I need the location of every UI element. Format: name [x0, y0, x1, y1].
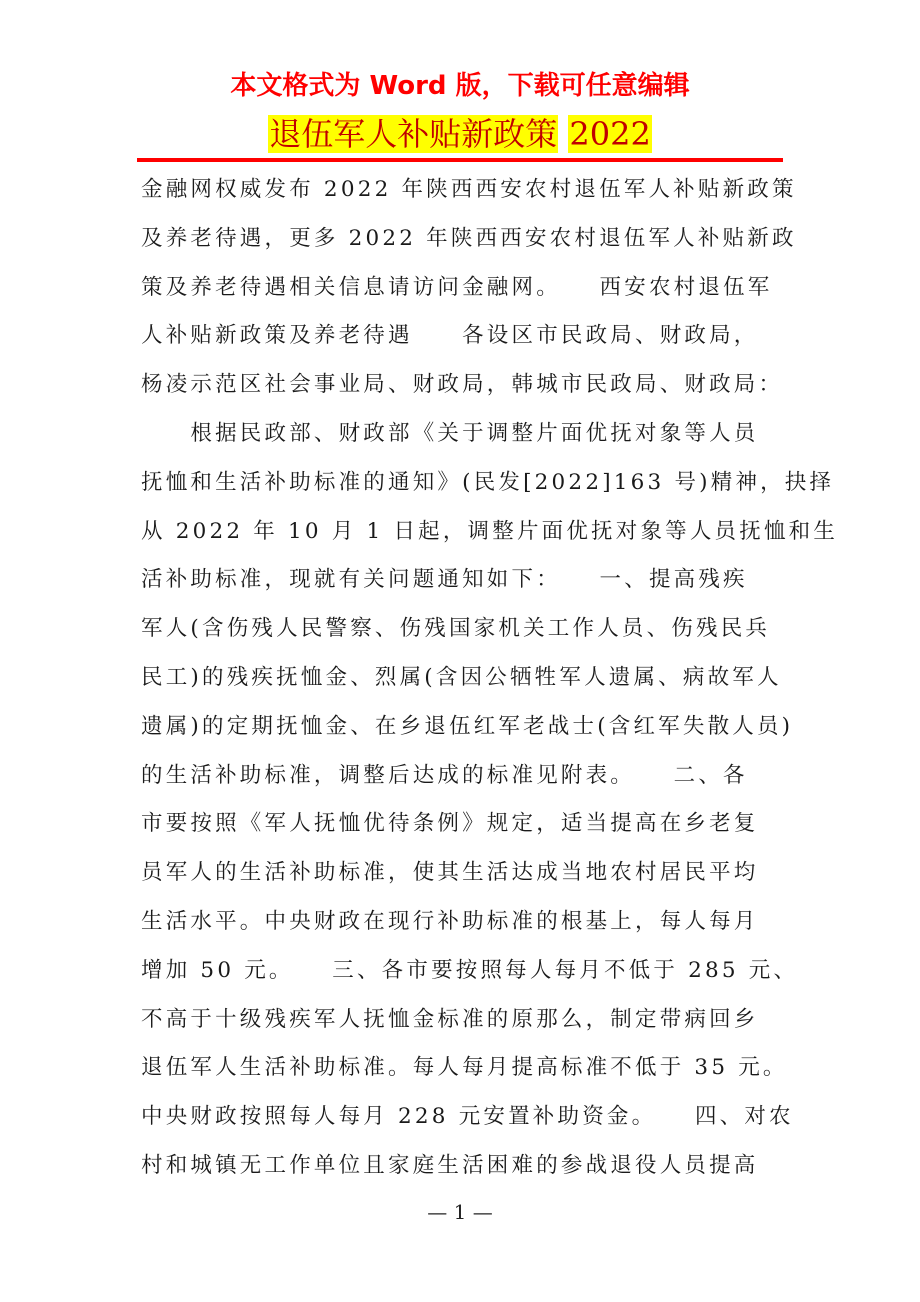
body-line: 活补助标准，现就有关问题通知如下： 一、提高残疾: [141, 556, 787, 605]
body-line: 增加 50 元。 三、各市要按照每人每月不低于 285 元、: [141, 947, 787, 996]
body-line: 不高于十级残疾军人抚恤金标准的原那么，制定带病回乡: [141, 996, 787, 1045]
body-line: 遗属)的定期抚恤金、在乡退伍红军老战士(含红军失散人员): [141, 703, 787, 752]
body-line: 杨凌示范区社会事业局、财政局，韩城市民政局、财政局：: [141, 361, 787, 410]
body-line: 民工)的残疾抚恤金、烈属(含因公牺牲军人遗属、病故军人: [141, 654, 787, 703]
document-page: 本文格式为 Word 版，下载可任意编辑 退伍军人补贴新政策 2022 金融网权…: [0, 0, 920, 1302]
body-line: 人补贴新政策及养老待遇 各设区市民政局、财政局，: [141, 312, 787, 361]
body-line: 生活水平。中央财政在现行补助标准的根基上，每人每月: [141, 898, 787, 947]
body-line: 抚恤和生活补助标准的通知》(民发[2022]163 号)精神，抉择: [141, 459, 787, 508]
title-divider-rule: [137, 158, 783, 162]
body-line: 及养老待遇，更多 2022 年陕西西安农村退伍军人补贴新政: [141, 215, 787, 264]
title-main: 退伍军人补贴新政策: [268, 115, 558, 153]
body-line: 中央财政按照每人每月 228 元安置补助资金。 四、对农: [141, 1093, 787, 1142]
body-line: 市要按照《军人抚恤优待条例》规定，适当提高在乡老复: [141, 800, 787, 849]
word-format-notice: 本文格式为 Word 版，下载可任意编辑: [0, 66, 920, 106]
document-body: 金融网权威发布 2022 年陕西西安农村退伍军人补贴新政策 及养老待遇，更多 2…: [141, 166, 787, 1191]
title-text-block: 退伍军人补贴新政策 2022: [268, 112, 652, 156]
body-line: 员军人的生活补助标准，使其生活达成当地农村居民平均: [141, 849, 787, 898]
page-number: — 1 —: [0, 1198, 920, 1226]
body-line: 退伍军人生活补助标准。每人每月提高标准不低于 35 元。: [141, 1044, 787, 1093]
title-year: 2022: [568, 115, 651, 153]
document-title: 退伍军人补贴新政策 2022: [0, 112, 920, 156]
body-line: 策及养老待遇相关信息请访问金融网。 西安农村退伍军: [141, 264, 787, 313]
body-line: 军人(含伤残人民警察、伤残国家机关工作人员、伤残民兵: [141, 605, 787, 654]
body-line: 根据民政部、财政部《关于调整片面优抚对象等人员: [141, 410, 787, 459]
body-line: 从 2022 年 10 月 1 日起，调整片面优抚对象等人员抚恤和生: [141, 508, 787, 557]
body-line: 的生活补助标准，调整后达成的标准见附表。 二、各: [141, 752, 787, 801]
body-line: 村和城镇无工作单位且家庭生活困难的参战退役人员提高: [141, 1142, 787, 1191]
body-line: 金融网权威发布 2022 年陕西西安农村退伍军人补贴新政策: [141, 166, 787, 215]
